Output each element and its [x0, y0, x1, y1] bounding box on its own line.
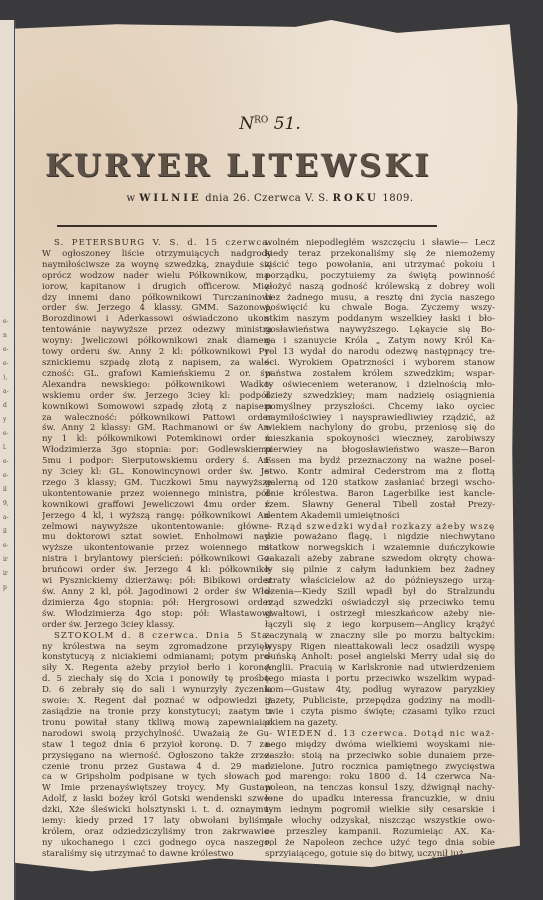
text-line: ny królestwa na seym zgromadzone przyięł…	[42, 642, 272, 653]
page-number: (1)	[15, 867, 525, 877]
text-line: za waleczność: półkownikowi Pattowi orde…	[42, 413, 272, 424]
text-line: kownikowi Somowowi szpadę złotą z napise…	[42, 402, 272, 413]
text-line: poleon, na tenczas konsul 1szy, dźwignął…	[265, 783, 495, 794]
adjacent-page-fragment: e-	[3, 430, 9, 438]
text-line: zakazali ażeby zabrane szwedom okręty ch…	[265, 554, 495, 565]
text-line: 5mu i podpor: Sierputowskiemu ordery ś. …	[42, 456, 272, 467]
adjacent-page-fragment: y	[3, 416, 6, 424]
adjacent-page-edge: e-ne-e-),a-dye-l.e-e-il9,a-ile-irirp	[0, 20, 16, 900]
text-line: dzie poważano flagę, i nigdzie niechwyta…	[265, 532, 495, 543]
text-line: gazety, Publiciste, przepędza godziny na…	[265, 696, 495, 707]
text-line: przysięgano na wierność. Ogłoszono także…	[42, 751, 272, 762]
text-line: SZTOKOLM d. 8 czerwca. Dnia 5 Sta-	[42, 631, 272, 642]
text-line: dnie królestwa. Baron Lagerbilke iest ka…	[265, 489, 495, 500]
adjacent-page-fragment: e-	[3, 472, 9, 480]
dateline-city: WILNIE	[139, 193, 201, 204]
text-line: lone do upadku interessa francuzkie, w d…	[265, 794, 495, 805]
adjacent-page-fragment: ir	[3, 570, 8, 578]
adjacent-page-fragment: e-	[3, 318, 9, 326]
text-line: twie i czyta pismo święte; czasami tylko…	[265, 707, 495, 718]
text-line: tronu powitał stany tkliwą mową zapewnia…	[42, 718, 272, 729]
text-line: Adolf, z łaski boźey król Gotski wendens…	[42, 794, 272, 805]
text-line: sprzyiaiącego, gotuie się do bitwy, uczy…	[265, 849, 495, 860]
adjacent-page-fragment: e-	[3, 542, 9, 550]
left-column: S. PETERSBURG V. S. d. 15 czerwca.W ogło…	[42, 238, 272, 860]
text-line: ziścić tego powołania, ani utrzymać poko…	[265, 260, 495, 271]
text-line: W ogłoszoney liście otrzymuiących nadgro…	[42, 249, 272, 260]
dateline: w WILNIE dnia 26. Czerwca V. S. ROKU 180…	[15, 193, 525, 204]
text-line: kom—Gustaw 4ty, podług wyrazow paryzkiey	[265, 685, 495, 696]
issue-number-value: 51.	[274, 114, 301, 134]
adjacent-page-fragment: d	[3, 402, 7, 410]
issue-sup: RO	[254, 115, 268, 125]
text-line: wiekiem nachylony do grobu, przeniosę si…	[265, 423, 495, 434]
text-line: pierwiey na błogosławieństwo wasze—Baron	[265, 445, 495, 456]
text-line: konstytucyą z niciakiemi odmianami; poty…	[42, 652, 272, 663]
text-line: iorow, kapitanow i drugich officerow. Mi…	[42, 282, 272, 293]
text-line: stwo. Kontr admirał Cederstrom ma z flot…	[265, 467, 495, 478]
text-line: rząd szwedzki oświadczył się przeciwko t…	[265, 598, 495, 609]
text-line: okiem na gazety.	[265, 718, 495, 729]
text-line: woyny: Jweliczowi półkownikowi znak diam…	[42, 336, 272, 347]
text-line: czenie tronu przez Gustawa 4 d. 29 mar-	[42, 762, 272, 773]
newspaper-page: NRO 51. KURYER LITEWSKI w WILNIE dnia 26…	[15, 20, 525, 880]
newspaper-title: KURYER LITEWSKI	[45, 148, 457, 184]
text-line: mieszkania spokoyności wieczney, zarobiw…	[265, 434, 495, 445]
text-line: nego między dwóma wielkiemi woyskami nie…	[265, 740, 495, 751]
text-line: Anglii. Pracuią w Karlskronie nad utwier…	[265, 663, 495, 674]
adjacent-page-fragment: e-	[3, 346, 9, 354]
text-line: zaczynaią w znaczny sile po morzu baltyc…	[265, 631, 495, 642]
text-line: stkim naszym poddanym wszelkiey łaski i …	[265, 314, 495, 325]
text-line: sznickiemu szpadę złotą z napisem, za wa…	[42, 358, 272, 369]
text-line: wolném niepodległém wszczęciu i sławie— …	[265, 238, 495, 249]
text-line: S. PETERSBURG V. S. d. 15 czerwca.	[42, 238, 272, 249]
text-line: staw 1 tegoż dnia 6 przyioł koronę. D. 7…	[42, 740, 272, 751]
text-line: wyższe ukontentowanie przez woiennego mi…	[42, 543, 272, 554]
adjacent-page-fragment: ),	[3, 374, 7, 382]
text-line: Alexandra newskiego: półkownikowi Wadko-	[42, 380, 272, 391]
text-line: zasiądzie na tronie przy konstytucyi; za…	[42, 707, 272, 718]
text-line: zaszło: stoią na przeciwko sobie dunaiem…	[265, 751, 495, 762]
text-line: św. Włodzimierza 4go stop: pół: Włastawo…	[42, 609, 272, 620]
text-line: Rząd szwedzki wydał rozkazy ażeby wszę-	[265, 522, 495, 533]
text-line: staraliśmy się utrzymać to dawne królest…	[42, 849, 272, 860]
adjacent-page-fragment: il	[3, 528, 7, 536]
text-line: ca w Gripsholm podpisane w tych słowach …	[42, 772, 272, 783]
text-line: św. Anny 2 klassy: GM. Rachmanowi or św …	[42, 423, 272, 434]
text-line: naymiłościwiey i naysprawiedliwiey rządz…	[265, 413, 495, 424]
adjacent-page-fragment: l.	[3, 444, 7, 452]
text-line: order św. Jerzego 4 klassy. GMM. Sazonow…	[42, 303, 272, 314]
text-line: dzki, Xże śleświcki holsztynski i. t. d.…	[42, 805, 272, 816]
text-line: pomyślney przyszłości. Chcemy iako oycie…	[265, 402, 495, 413]
text-line: ukontentowanie przez woiennego ministra,…	[42, 489, 272, 500]
text-line: statkow norwegskich i wzaiemnie duńczyko…	[265, 543, 495, 554]
text-line: ny ukochanego i czci godnego oyca naszeg…	[42, 838, 272, 849]
text-line: bez żadnego musu, a resztę dni życia nas…	[265, 293, 495, 304]
text-line: iemy: kiedy przed 17 laty obwołani byliś…	[42, 816, 272, 827]
text-line: bruńcowi order św. Jerzego 4 kl: półkown…	[42, 565, 272, 576]
text-line: tego miasta i portu przeciwko wszelkim w…	[265, 674, 495, 685]
text-line: dzimierza 4go stopnia: pół: Hergrosowi o…	[42, 598, 272, 609]
adjacent-page-fragment: a-	[3, 514, 9, 522]
adjacent-page-fragment: ir	[3, 556, 8, 564]
text-line: swoie: X. Regent dał poznać w odpowiedzi…	[42, 696, 272, 707]
text-line: poświęcić ku chwale Boga. Życzemy wszy-	[265, 303, 495, 314]
text-line: gwałtowi, i ostrzegł mieszkańcow ażeby n…	[265, 609, 495, 620]
text-line: dzenia—Kiedy Szill wpadł był do Stralzun…	[265, 587, 495, 598]
text-line: ści. Wyrokiem Opatrzności i wyborem stan…	[265, 358, 495, 369]
text-line: duńską Anholt: poseł angielski Merry uda…	[265, 652, 495, 663]
text-line: rol że Napoleon zechce użyć tego dnia so…	[265, 838, 495, 849]
text-line: ny 3ciey kl: GL. Konowincynowi order św.…	[42, 467, 272, 478]
text-line: dzielone. Jutro rocznica pamiętnego zwyc…	[265, 762, 495, 773]
text-line: d. 5 ziechały się do Xcia i ponowiły tę …	[42, 674, 272, 685]
adjacent-page-fragment: e-	[3, 458, 9, 466]
text-line: rzem. Sławny General Tibell został Prezy…	[265, 500, 495, 511]
adjacent-page-fragment: 9,	[3, 500, 9, 508]
text-line: gosławieństwa naywyższego. Lękaycie się …	[265, 325, 495, 336]
text-line: Jerzego 4 kl, i wyższą rangę: półkowniko…	[42, 511, 272, 522]
text-line: WIEDEN d. 13 czerwca. Dotąd nic waż-	[265, 729, 495, 740]
dateline-prefix: w	[126, 193, 135, 204]
text-line: łączyli się z iego korpusem—Anglicy krąż…	[265, 620, 495, 631]
text-line: złożyć naszą godność królewską z dobrey …	[265, 282, 495, 293]
text-line: porządku, poczytuiemy za świętą powinnoś…	[265, 271, 495, 282]
text-line: tentowánie naywyższe przez odezwy minist…	[42, 325, 272, 336]
text-line: ce przeszley kampanii. Rozumieiąc AX. Ka…	[265, 827, 495, 838]
text-line: towy orderu św. Anny 2 kl: półkownikowi …	[42, 347, 272, 358]
issue-number: NRO 51.	[15, 114, 525, 134]
text-line: ny 1 kl: półkownikowi Potemkinowi order …	[42, 434, 272, 445]
text-line: rzego 3 klassy; GM. Tuczkowi 5mu naywyżs…	[42, 478, 272, 489]
text-line: kownikowi graffowi Jeweliczowi 4mu order…	[42, 500, 272, 511]
text-line: Borozdinowi i Aderkassowi oświadczono uk…	[42, 314, 272, 325]
text-line: pod marengo: roku 1800 d. 14 czerwca Na-	[265, 772, 495, 783]
text-line: W Imie przenayświętszey troycy. My Gusta…	[42, 783, 272, 794]
text-line: Essen ma bydź przeznaczony na ważne pose…	[265, 456, 495, 467]
text-line: całe włochy odzyskał, niszcząc wszystkie…	[265, 816, 495, 827]
dateline-date: dnia 26. Czerwca V. S.	[205, 193, 329, 204]
text-line: nistra i brylantowy pierścień: półkownik…	[42, 554, 272, 565]
text-line: dzieży szwedzkiey; mam nadzieię osiągnie…	[265, 391, 495, 402]
text-line: galerną od 120 statkow zasłaniać brzegi …	[265, 478, 495, 489]
text-line: dentem Akademii umieiętności	[265, 511, 495, 522]
adjacent-page-fragment: a-	[3, 388, 9, 396]
text-line: wyspy Rigen nieattakowali lecz osadzili …	[265, 642, 495, 653]
text-line: św. Anny 2 kl, pół. Jagodinowi 2 order ś…	[42, 587, 272, 598]
text-line: kiedy teraz przekonaliśmy się że niemoże…	[265, 249, 495, 260]
text-line: wi Pysznickiemy dzierżawę: pół: Bibikowi…	[42, 576, 272, 587]
text-line: tym iednym pogromił wielkie siły cesarsk…	[265, 805, 495, 816]
text-line: czność: GL. grafowi Kamieńskiemu 2 or. ś…	[42, 369, 272, 380]
text-line: mu doktorowi sztat sowiet. Enholmowi nay…	[42, 532, 272, 543]
text-line: ły się pilnie z całym ładunkiem bez żadn…	[265, 565, 495, 576]
text-line: ty oświeceniem weteranow, i dzielnością …	[265, 380, 495, 391]
adjacent-page-fragment: p	[3, 584, 7, 592]
text-line: wskiemu order św. Jerzego 3ciey kl: podp…	[42, 391, 272, 402]
dateline-year: 1809.	[382, 193, 413, 204]
adjacent-page-fragment: il	[3, 486, 7, 494]
text-line: naymiłościwsze za woynę szwedzką, znaydu…	[42, 260, 272, 271]
dateline-roku: ROKU	[333, 193, 379, 204]
text-line: państwa zostałem królem szwedzkim; wspar…	[265, 369, 495, 380]
text-line: siły X. Regenta ażeby przyioł berło i ko…	[42, 663, 272, 674]
text-line: dzy innemi dano półkownikowi Turczaninow…	[42, 293, 272, 304]
right-column: wolném niepodległém wszczęciu i sławie— …	[265, 238, 495, 860]
text-line: Włodzimierza 3go stopnia: por: Godlewski…	[42, 445, 272, 456]
issue-prefix: N	[239, 114, 254, 134]
text-line: straty właścicielow aż do późnieyszego u…	[265, 576, 495, 587]
text-line: narodowi swoią przychylność. Uważaią że …	[42, 729, 272, 740]
text-line: oprócz wodzow nader wielu Półkownikow, m…	[42, 271, 272, 282]
text-line: ga i szanuycie Króla „ Zatym nowy Król K…	[265, 336, 495, 347]
text-line: order św. Jerzego 3ciey klassy.	[42, 620, 272, 631]
adjacent-page-fragment: n	[3, 332, 7, 340]
masthead-rule	[57, 225, 437, 227]
adjacent-page-fragment: e-	[3, 360, 9, 368]
text-line: rol 13 wydał do narodu odezwę następnący…	[265, 347, 495, 358]
text-line: D. 6 zebrały się do sali i wynurzyły życ…	[42, 685, 272, 696]
text-line: zelmowi naywyższe ukontentowanie: główne…	[42, 522, 272, 533]
text-line: królem, oraz odziedziczyliśmy tron zakrw…	[42, 827, 272, 838]
